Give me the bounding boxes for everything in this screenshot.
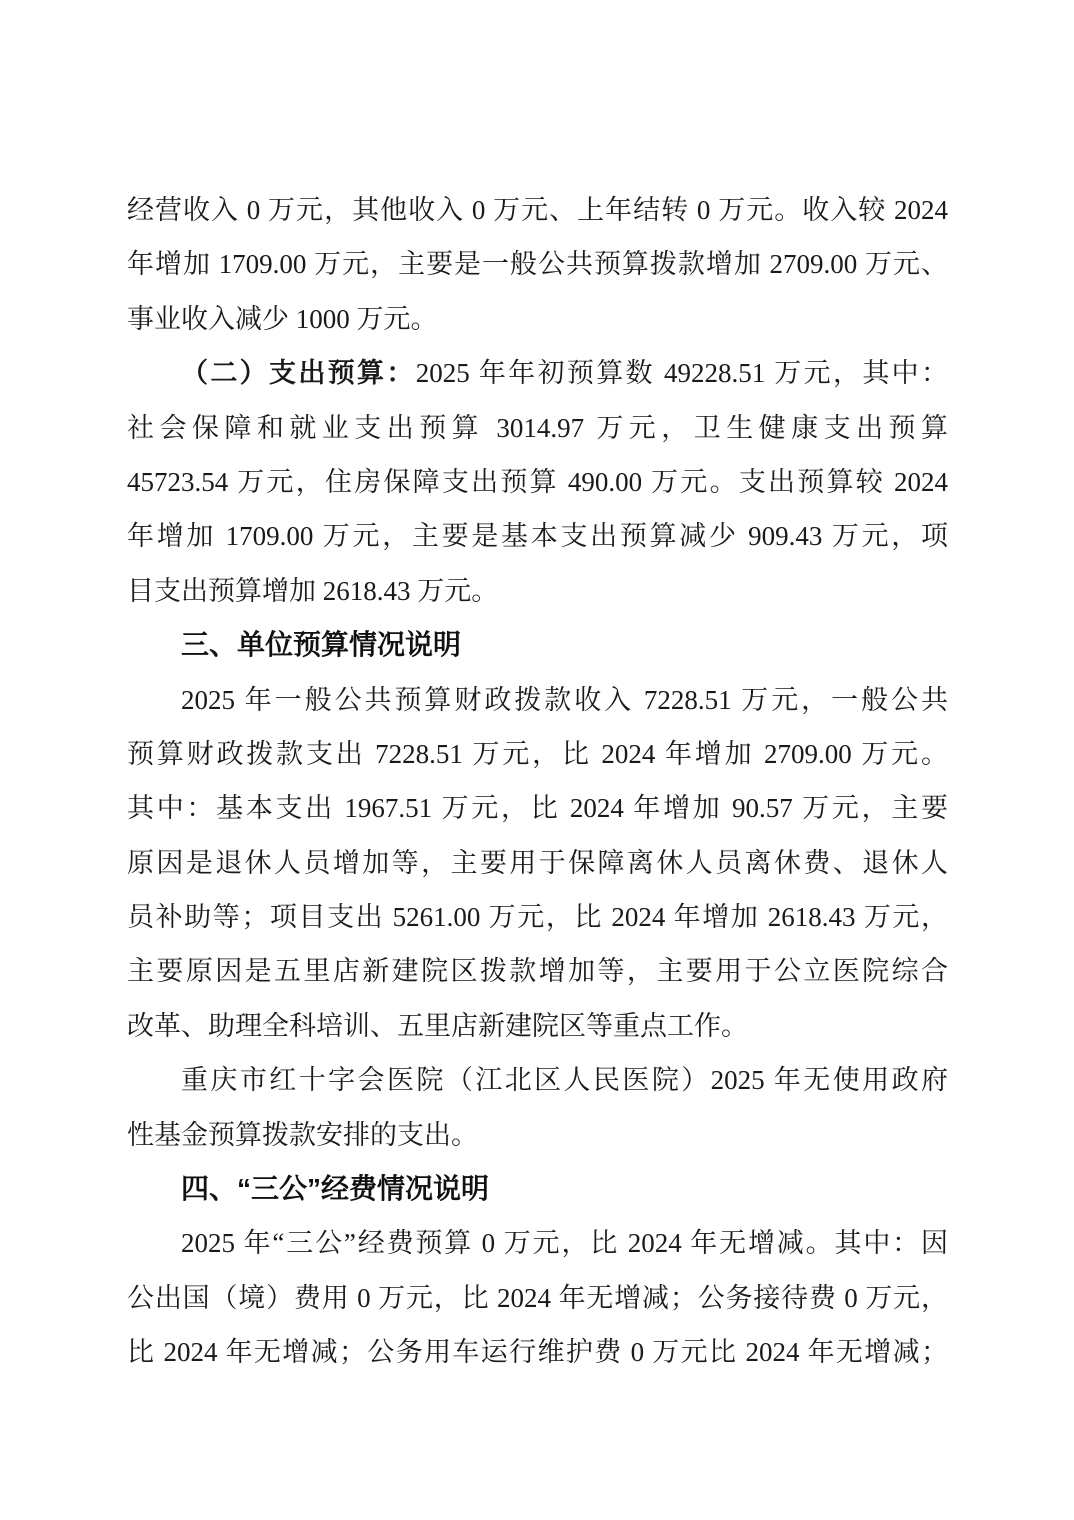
text-line: 改革、助理全科培训、五里店新建院区等重点工作。	[127, 999, 948, 1053]
text-line: 预算财政拨款支出 7228.51 万元，比 2024 年增加 2709.00 万…	[127, 727, 948, 781]
text-line: 事业收入减少 1000 万元。	[127, 292, 948, 346]
para-three-public-funds: 2025 年“三公”经费预算 0 万元，比 2024 年无增减。其中：因公出国（…	[127, 1216, 948, 1379]
text-line: 原因是退休人员增加等，主要用于保障离休人员离休费、退休人	[127, 836, 948, 890]
text-line: 45723.54 万元，住房保障支出预算 490.00 万元。支出预算较 202…	[127, 455, 948, 509]
text-line: 员补助等；项目支出 5261.00 万元，比 2024 年增加 2618.43 …	[127, 890, 948, 944]
para-unit-budget-detail: 2025 年一般公共预算财政拨款收入 7228.51 万元，一般公共预算财政拨款…	[127, 673, 948, 1054]
paragraph-lead: （二）支出预算：	[181, 358, 416, 388]
text-line: （二）支出预算：2025 年年初预算数 49228.51 万元，其中：	[127, 346, 948, 400]
text-line: 重庆市红十字会医院（江北区人民医院）2025 年无使用政府	[127, 1053, 948, 1107]
heading-section-4: 四、“三公”经费情况说明	[127, 1162, 948, 1216]
text-line: 比 2024 年无增减；公务用车运行维护费 0 万元比 2024 年无增减；	[127, 1325, 948, 1379]
para-expenditure-budget: （二）支出预算：2025 年年初预算数 49228.51 万元，其中：社会保障和…	[127, 346, 948, 618]
text-line: 2025 年“三公”经费预算 0 万元，比 2024 年无增减。其中：因	[127, 1216, 948, 1270]
para-government-fund: 重庆市红十字会医院（江北区人民医院）2025 年无使用政府性基金预算拨款安排的支…	[127, 1053, 948, 1162]
para-income-continuation: 经营收入 0 万元，其他收入 0 万元、上年结转 0 万元。收入较 2024年增…	[127, 183, 948, 346]
document-body: 经营收入 0 万元，其他收入 0 万元、上年结转 0 万元。收入较 2024年增…	[127, 183, 948, 1380]
heading-section-3: 三、单位预算情况说明	[127, 618, 948, 672]
text-line: 公出国（境）费用 0 万元，比 2024 年无增减；公务接待费 0 万元，	[127, 1271, 948, 1325]
document-page: 经营收入 0 万元，其他收入 0 万元、上年结转 0 万元。收入较 2024年增…	[0, 0, 1074, 1520]
text-line: 主要原因是五里店新建院区拨款增加等，主要用于公立医院综合	[127, 944, 948, 998]
text-line: 目支出预算增加 2618.43 万元。	[127, 564, 948, 618]
text-line: 性基金预算拨款安排的支出。	[127, 1108, 948, 1162]
text-line: 经营收入 0 万元，其他收入 0 万元、上年结转 0 万元。收入较 2024	[127, 183, 948, 237]
text-line: 年增加 1709.00 万元，主要是基本支出预算减少 909.43 万元，项	[127, 509, 948, 563]
text-line: 年增加 1709.00 万元，主要是一般公共预算拨款增加 2709.00 万元、	[127, 237, 948, 291]
text-line: 社会保障和就业支出预算 3014.97 万元，卫生健康支出预算	[127, 401, 948, 455]
text-line: 2025 年一般公共预算财政拨款收入 7228.51 万元，一般公共	[127, 673, 948, 727]
text-line: 其中：基本支出 1967.51 万元，比 2024 年增加 90.57 万元，主…	[127, 781, 948, 835]
